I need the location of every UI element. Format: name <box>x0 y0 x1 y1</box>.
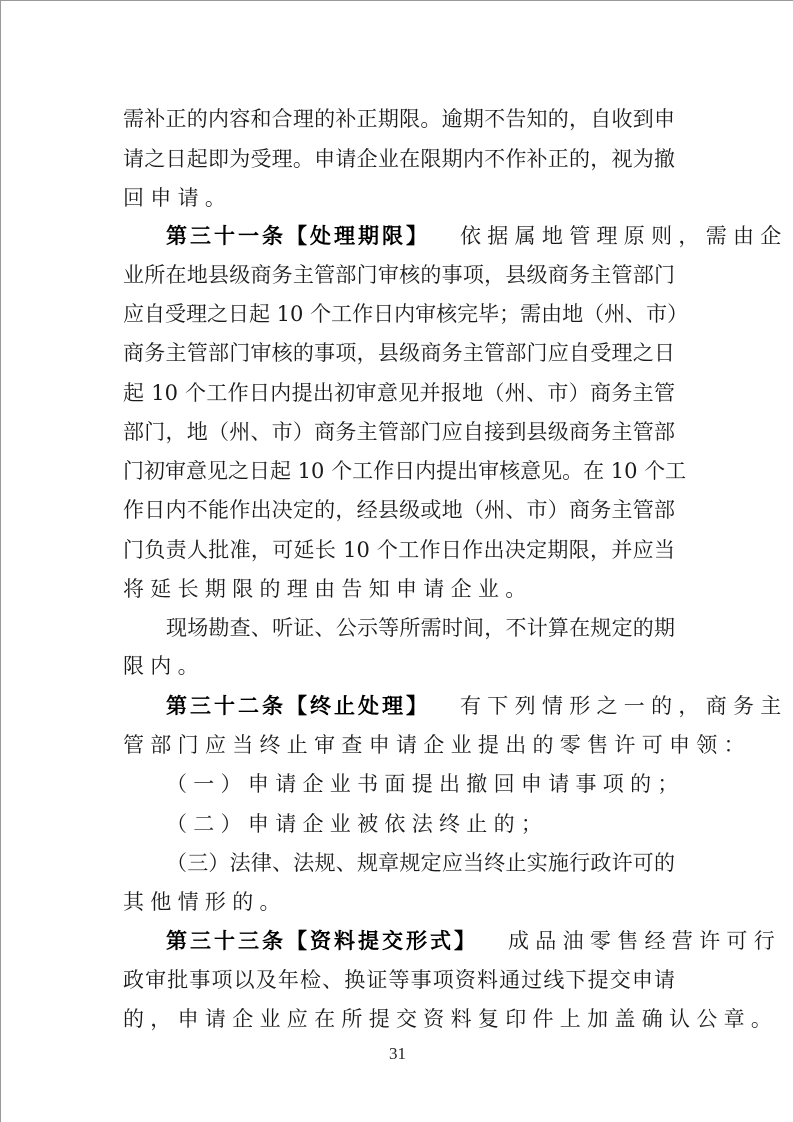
paragraph-line: 业所在地县级商务主管部门审核的事项，县级商务主管部门 <box>123 260 675 290</box>
paragraph-line: 现场勘查、听证、公示等所需时间，不计算在规定的期 <box>166 613 675 643</box>
paragraph-line: 起 10 个工作日内提出初审意见并报地（州、市）商务主管 <box>123 378 675 408</box>
article-33-first-line: 第三十三条【资料提交形式】成品油零售经营许可行 <box>166 926 675 956</box>
paragraph-line: 门负责人批准，可延长 10 个工作日作出决定期限，并应当 <box>123 535 675 565</box>
paragraph-line: 商务主管部门审核的事项，县级商务主管部门应自受理之日 <box>123 338 675 368</box>
paragraph-line: 其他情形的。 <box>123 887 675 917</box>
page-number: 31 <box>1 1044 793 1064</box>
article-31-first-line: 第三十一条【处理期限】依据属地管理原则，需由企 <box>166 221 675 251</box>
paragraph-line: 门初审意见之日起 10 个工作日内提出审核意见。在 10 个工 <box>123 456 675 486</box>
article-33-text: 成品油零售经营许可行 <box>508 929 781 953</box>
list-item: （三）法律、法规、规章规定应当终止实施行政许可的 <box>166 848 675 878</box>
document-page: 需补正的内容和合理的补正期限。逾期不告知的，自收到申 请之日起即为受理。申请企业… <box>0 0 793 1122</box>
paragraph-line: 限内。 <box>123 651 675 681</box>
paragraph-line: 回申请。 <box>123 183 675 213</box>
paragraph-line: 将延长期限的理由告知申请企业。 <box>123 574 675 604</box>
paragraph-line: 需补正的内容和合理的补正期限。逾期不告知的，自收到申 <box>123 104 675 134</box>
list-item: （一）申请企业书面提出撤回申请事项的； <box>166 769 675 799</box>
article-31-heading: 第三十一条【处理期限】 <box>166 223 430 248</box>
article-31-text: 依据属地管理原则，需由企 <box>460 224 788 248</box>
paragraph-line: 政审批事项以及年检、换证等事项资料通过线下提交申请 <box>123 965 675 995</box>
article-32-text: 有下列情形之一的，商务主 <box>460 694 788 718</box>
paragraph-line: 作日内不能作出决定的，经县级或地（州、市）商务主管部 <box>123 495 675 525</box>
paragraph-line: 请之日起即为受理。申请企业在限期内不作补正的，视为撤 <box>123 144 675 174</box>
article-32-first-line: 第三十二条【终止处理】有下列情形之一的，商务主 <box>166 691 675 721</box>
paragraph-line: 部门，地（州、市）商务主管部门应自接到县级商务主管部 <box>123 417 675 447</box>
list-item: （二）申请企业被依法终止的； <box>166 809 675 839</box>
article-32-heading: 第三十二条【终止处理】 <box>166 693 430 718</box>
article-33-heading: 第三十三条【资料提交形式】 <box>166 928 478 953</box>
paragraph-line: 的，申请企业应在所提交资料复印件上加盖确认公章。 <box>123 1004 675 1034</box>
paragraph-line: 管部门应当终止审查申请企业提出的零售许可申领： <box>123 730 675 760</box>
paragraph-line: 应自受理之日起 10 个工作日内审核完毕；需由地（州、市） <box>123 299 675 329</box>
